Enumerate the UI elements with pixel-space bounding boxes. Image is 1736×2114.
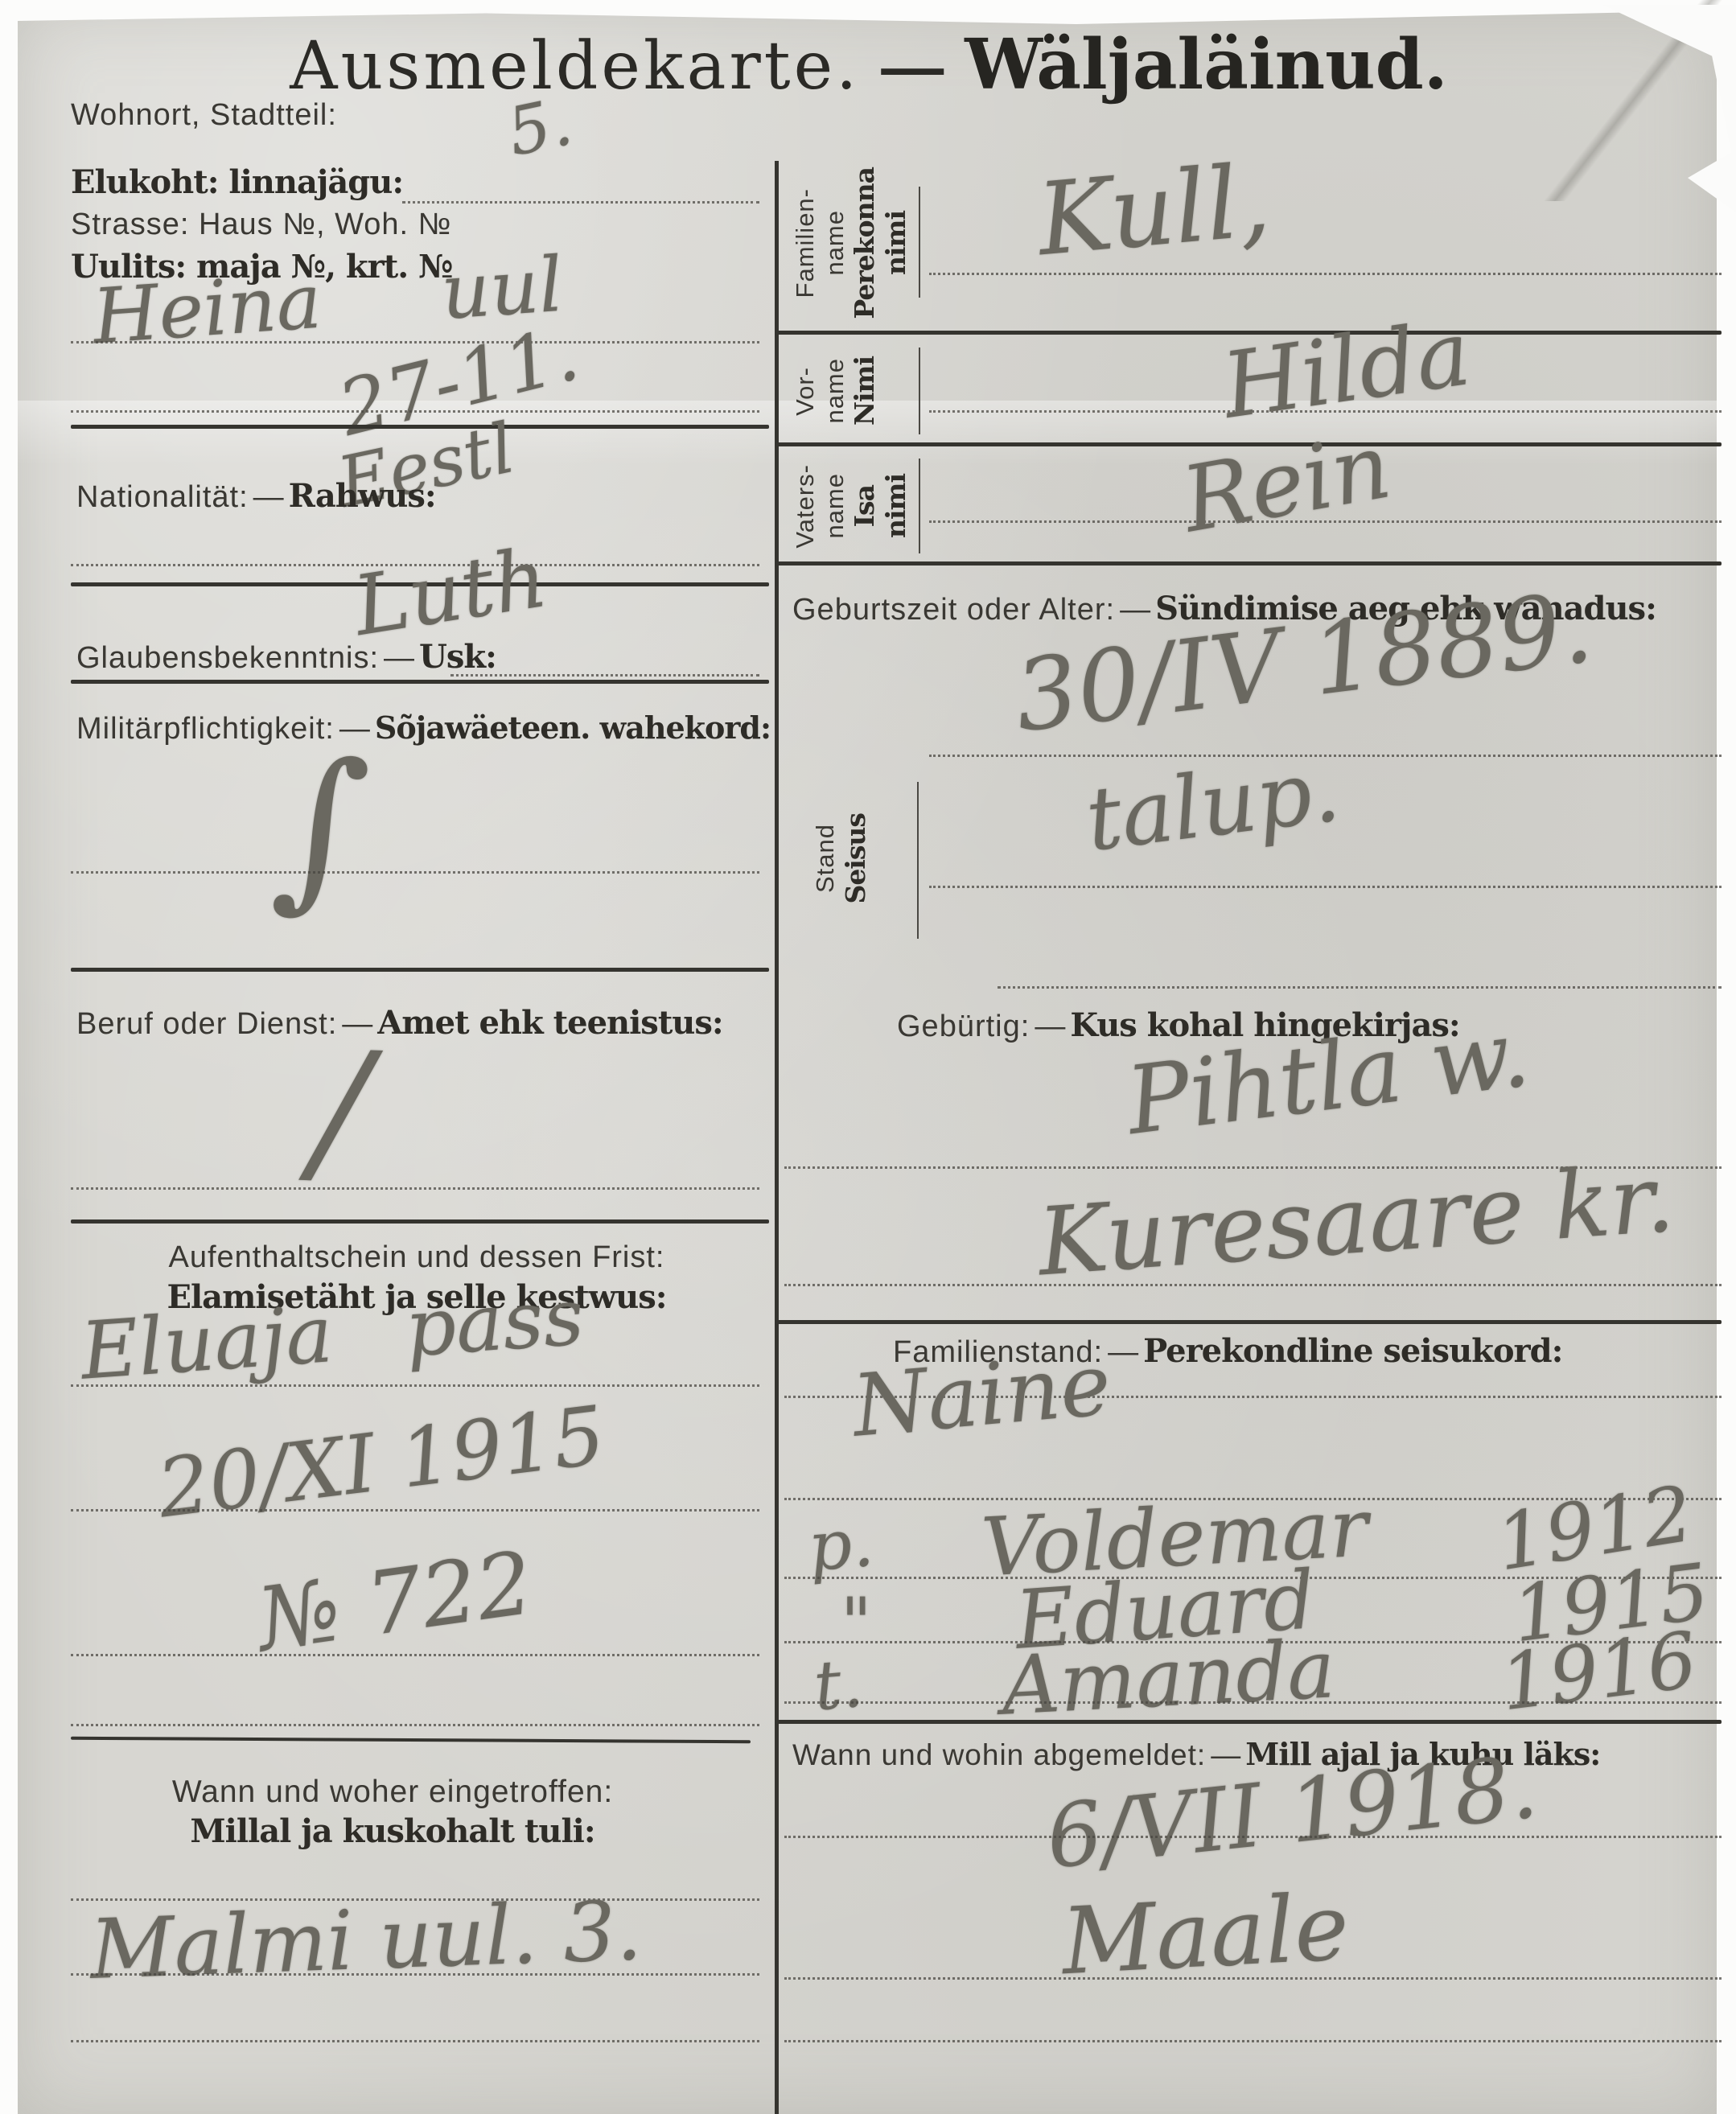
scan-edge-right: [1717, 0, 1736, 2114]
family-name-label-et-1: Perekonna: [851, 167, 879, 319]
label-departure-de: Wann und wohin abgemeldet:: [792, 1738, 1206, 1772]
label-family-status-et: Perekondline seisukord:: [1143, 1332, 1562, 1370]
dotted-line: [784, 1836, 1722, 1838]
dotted-line: [71, 410, 759, 413]
dotted-line: [71, 1509, 759, 1511]
dotted-line: [71, 1384, 759, 1387]
label-occupation: Beruf oder Dienst: — Amet ehk teenistus:: [76, 1004, 723, 1042]
label-wohnort-et: Elukoht: linnajägu:: [71, 163, 403, 201]
status-label-de: Stand: [812, 824, 839, 893]
section-rule: [71, 680, 769, 684]
first-name-label-de-2: name: [822, 358, 849, 424]
title-german: Ausmeldekarte.: [290, 28, 860, 105]
status-label-et: Seisus: [842, 813, 870, 904]
child-prefix-handwriting: t.: [811, 1649, 866, 1721]
label-nationality-de: Nationalität:: [76, 480, 249, 515]
label-military-et: Sõjawäeteen. wahekord:: [375, 709, 771, 746]
label-origin-de: Gebürtig:: [897, 1010, 1030, 1044]
family-name-label-et-2: nimi: [882, 211, 911, 275]
dotted-line: [71, 1724, 759, 1726]
label-dash: —: [379, 641, 419, 676]
label-arrival-de: Wann und woher eingetroffen:: [71, 1775, 714, 1810]
dotted-line: [71, 1654, 759, 1656]
rotated-label-rule: [919, 187, 920, 298]
fathers-name-label-et-1: Isa: [851, 485, 879, 527]
family-name-label-de-1: Familien-: [792, 188, 819, 298]
label-permit-de: Aufenthaltschein und dessen Frist:: [71, 1240, 763, 1275]
first-name-rotated-label: Vor- name Nimi: [792, 342, 879, 440]
first-name-label-de-1: Vor-: [792, 367, 819, 416]
dotted-line: [71, 1187, 759, 1190]
section-rule: [775, 1320, 1722, 1324]
card-title: Ausmeldekarte. — Wäljaläinud.: [145, 24, 1593, 105]
dotted-line: [784, 2040, 1722, 2042]
label-nationality-et: Rahwus:: [289, 477, 436, 515]
dotted-line: [998, 986, 1722, 989]
scan-edge-left: [0, 0, 18, 2114]
district-value-handwriting: 5.: [502, 89, 578, 167]
family-status-value-handwriting: Naine: [849, 1342, 1114, 1450]
family-name-label-de-2: name: [822, 210, 849, 276]
rotated-label-rule: [919, 459, 920, 553]
status-rotated-label: Stand Seisus: [812, 768, 870, 949]
label-religion: Glaubensbekenntnis: — Usk:: [76, 638, 496, 676]
rotated-label-rule: [917, 782, 919, 939]
section-rule: [71, 968, 769, 972]
title-dash: —: [881, 31, 944, 104]
label-occupation-de: Beruf oder Dienst:: [76, 1007, 337, 1042]
dotted-line: [784, 1284, 1722, 1286]
column-divider: [775, 161, 779, 2114]
dotted-line: [402, 201, 759, 204]
family-name-value-handwriting: Kull,: [1034, 151, 1273, 271]
dotted-line: [71, 1973, 759, 1976]
fathers-name-label-et-2: nimi: [882, 474, 911, 538]
fathers-name-label-de-2: name: [822, 473, 849, 539]
label-strasse-de: Strasse: Haus №, Woh. №: [71, 208, 451, 242]
dotted-line: [784, 1977, 1722, 1980]
dotted-line: [450, 674, 759, 677]
dotted-line: [71, 341, 759, 343]
label-military: Militärpflichtigkeit: — Sõjawäeteen. wah…: [76, 709, 771, 746]
label-religion-de: Glaubensbekenntnis:: [76, 641, 379, 676]
occupation-mark-handwriting: /: [311, 1030, 371, 1193]
label-dash: —: [1103, 1335, 1143, 1370]
label-birth-de: Geburtszeit oder Alter:: [792, 593, 1115, 627]
registration-card: Ausmeldekarte. — Wäljaläinud. Wohnort, S…: [0, 0, 1736, 2114]
label-wohnort-de: Wohnort, Stadtteil:: [71, 98, 337, 133]
child-name-handwriting: Amanda: [1000, 1629, 1337, 1727]
departure-place-handwriting: Maale: [1059, 1882, 1351, 1989]
section-rule: [775, 561, 1722, 566]
dotted-line: [71, 871, 759, 874]
section-rule: [71, 1219, 769, 1224]
rotated-label-rule: [919, 348, 920, 434]
military-mark-handwriting: ∫: [269, 735, 373, 918]
title-estonian: Wäljaläinud.: [965, 24, 1448, 105]
label-religion-et: Usk:: [419, 638, 496, 676]
first-name-label-et: Nimi: [851, 356, 879, 426]
child-prefix-handwriting: p.: [805, 1508, 875, 1581]
fathers-name-rotated-label: Vaters- name Isa nimi: [792, 450, 910, 561]
fathers-name-label-de-1: Vaters-: [792, 464, 819, 549]
dotted-line: [71, 2040, 759, 2042]
label-dash: —: [1030, 1010, 1070, 1044]
section-rule: [775, 1720, 1722, 1724]
dotted-line: [929, 886, 1722, 888]
family-name-rotated-label: Familien- name Perekonna nimi: [792, 179, 910, 307]
label-occupation-et: Amet ehk teenistus:: [377, 1004, 722, 1042]
child-year-handwriting: 1916: [1496, 1621, 1701, 1721]
label-nationality: Nationalität: — Rahwus:: [76, 477, 436, 515]
dotted-line: [784, 1701, 1722, 1704]
arrival-value-handwriting: Malmi uul. 3.: [88, 1890, 643, 1992]
label-arrival-et: Millal ja kuskohalt tuli:: [71, 1812, 714, 1850]
label-dash: —: [249, 480, 289, 515]
label-dash: —: [1115, 593, 1155, 627]
